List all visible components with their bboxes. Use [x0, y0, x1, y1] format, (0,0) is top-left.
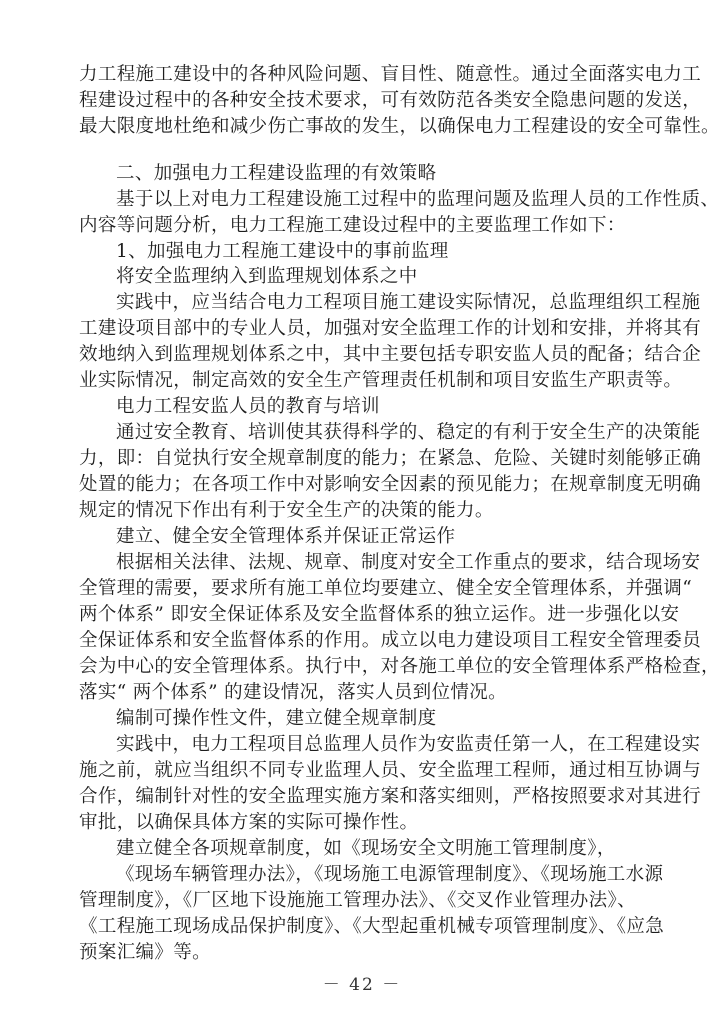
text-line: 全管理的需要，要求所有施工单位均要建立、健全安全管理体系，并强调“: [79, 578, 692, 600]
text-line: 会为中心的安全管理体系。执行中，对各施工单位的安全管理体系严格检查，: [79, 656, 720, 678]
text-line: 内容等问题分析，电力工程施工建设过程中的主要监理工作如下：: [79, 215, 626, 237]
text-line: 审批，以确保具体方案的实际可操作性。: [79, 812, 418, 834]
text-line: 工建设项目部中的专业人员，加强对安全监理工作的计划和安排，并将其有: [79, 318, 701, 340]
text-line: 效地纳入到监理规划体系之中，其中主要包括专职安监人员的配备；结合企: [79, 344, 701, 366]
text-line: 最大限度地杜绝和减少伤亡事故的发生，以确保电力工程建设的安全可靠性。: [79, 116, 720, 138]
text-line: 实践中，电力工程项目总监理人员作为安监责任第一人，在工程建设实: [116, 734, 700, 756]
text-line: 处置的能力；在各项工作中对影响安全因素的预见能力；在规章制度无明确: [79, 474, 701, 496]
subheading: 建立、健全安全管理体系并保证正常运作: [116, 526, 455, 548]
text-line: 《现场车辆管理办法》，《现场施工电源管理制度》、《现场施工水源: [116, 864, 663, 886]
text-line: 力，即：自觉执行安全规章制度的能力；在紧急、危险、关键时刻能够正确: [79, 448, 701, 470]
text-line: 规定的情况下作出有利于安全生产的决策的能力。: [79, 500, 494, 522]
subheading: 将安全监理纳入到监理规划体系之中: [116, 266, 418, 288]
document-page: 力工程施工建设中的各种风险问题、盲目性、随意性。通过全面落实电力工 程建设过程中…: [0, 0, 724, 1024]
text-line: 根据相关法律、法规、规章、制度对安全工作重点的要求，结合现场安: [116, 552, 700, 574]
text-line: 建立健全各项规章制度，如《现场安全文明施工管理制度》，: [116, 838, 616, 860]
text-line: 实践中，应当结合电力工程项目施工建设实际情况，总监理组织工程施: [116, 292, 700, 314]
text-line: 基于以上对电力工程建设施工过程中的监理问题及监理人员的工作性质、: [116, 189, 719, 211]
text-line: 施之前，就应当组织不同专业监理人员、安全监理工程师，通过相互协调与: [79, 760, 701, 782]
text-line: 程建设过程中的各种安全技术要求，可有效防范各类安全隐患问题的发送，: [79, 90, 701, 112]
text-line: 两个体系” 即安全保证体系及安全监督体系的独立运作。进一步强化以安: [79, 604, 679, 626]
text-line: 管理制度》，《厂区地下设施施工管理办法》、《交叉作业管理办法》、: [79, 890, 636, 912]
subsection-heading: 1、加强电力工程施工建设中的事前监理: [116, 241, 449, 263]
page-number: － 42 －: [0, 970, 724, 995]
text-line: 《工程施工现场成品保护制度》、《大型起重机械专项管理制度》、《应急: [79, 916, 664, 938]
text-line: 业实际情况，制定高效的安全生产管理责任机制和项目安监生产职责等。: [79, 370, 682, 392]
text-line: 力工程施工建设中的各种风险问题、盲目性、随意性。通过全面落实电力工: [79, 64, 701, 86]
text-line: 合作，编制针对性的安全监理实施方案和落实细则，严格按照要求对其进行: [79, 786, 701, 808]
section-heading: 二、加强电力工程建设监理的有效策略: [116, 163, 436, 185]
text-line: 全保证体系和安全监督体系的作用。成立以电力建设项目工程安全管理委员: [79, 630, 701, 652]
text-line: 预案汇编》等。: [79, 942, 211, 964]
text-line: 落实“ 两个体系” 的建设情况，落实人员到位情况。: [79, 682, 507, 704]
subheading: 电力工程安监人员的教育与培训: [116, 396, 380, 418]
text-line: 通过安全教育、培训使其获得科学的、稳定的有利于安全生产的决策能: [116, 422, 700, 444]
subheading: 编制可操作性文件，建立健全规章制度: [116, 708, 436, 730]
